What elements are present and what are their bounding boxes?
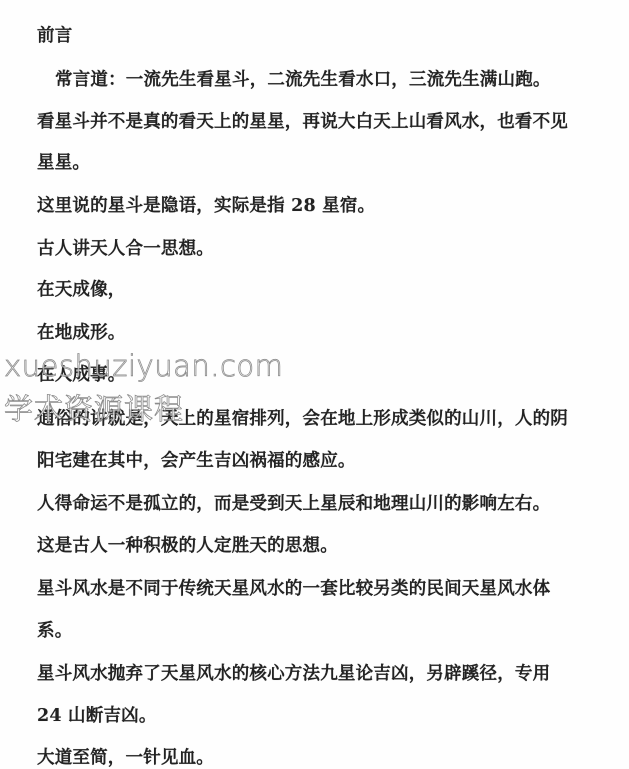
paragraph-line: 阳宅建在其中，会产生吉凶祸福的感应。 xyxy=(37,450,356,472)
paragraph-line: 看星斗并不是真的看天上的星星，再说大白天上山看风水，也看不见 xyxy=(37,111,568,133)
paragraph-line: 这是古人一种积极的人定胜天的思想。 xyxy=(37,535,338,557)
paragraph-line: 人得命运不是孤立的，而是受到天上星辰和地理山川的影响左右。 xyxy=(37,493,550,515)
document-page: 前言 常言道：一流先生看星斗，二流先生看水口，三流先生满山跑。 看星斗并不是真的… xyxy=(0,0,629,769)
paragraph-line: 24 山断吉凶。 xyxy=(37,705,157,727)
paragraph-line: 常言道：一流先生看星斗，二流先生看水口，三流先生满山跑。 xyxy=(55,69,551,91)
paragraph-line: 在天成像， xyxy=(37,279,126,301)
paragraph-line: 通俗的讲就是，天上的星宿排列，会在地上形成类似的山川，人的阴 xyxy=(37,408,568,430)
paragraph-line: 星斗风水是不同于传统天星风水的一套比较另类的民间天星风水体 xyxy=(37,578,550,600)
paragraph-line: 在人成事。 xyxy=(37,364,126,386)
paragraph-line: 星星。 xyxy=(37,152,90,174)
paragraph-line: 星斗风水抛弃了天星风水的核心方法九星论吉凶，另辟蹊径，专用 xyxy=(37,663,550,685)
document-title: 前言 xyxy=(37,25,72,47)
paragraph-line: 大道至简，一针见血。 xyxy=(37,747,214,769)
paragraph-line: 系。 xyxy=(37,620,72,642)
paragraph-line: 这里说的星斗是隐语，实际是指 28 星宿。 xyxy=(37,195,375,217)
paragraph-line: 在地成形。 xyxy=(37,322,126,344)
paragraph-line: 古人讲天人合一思想。 xyxy=(37,238,214,260)
